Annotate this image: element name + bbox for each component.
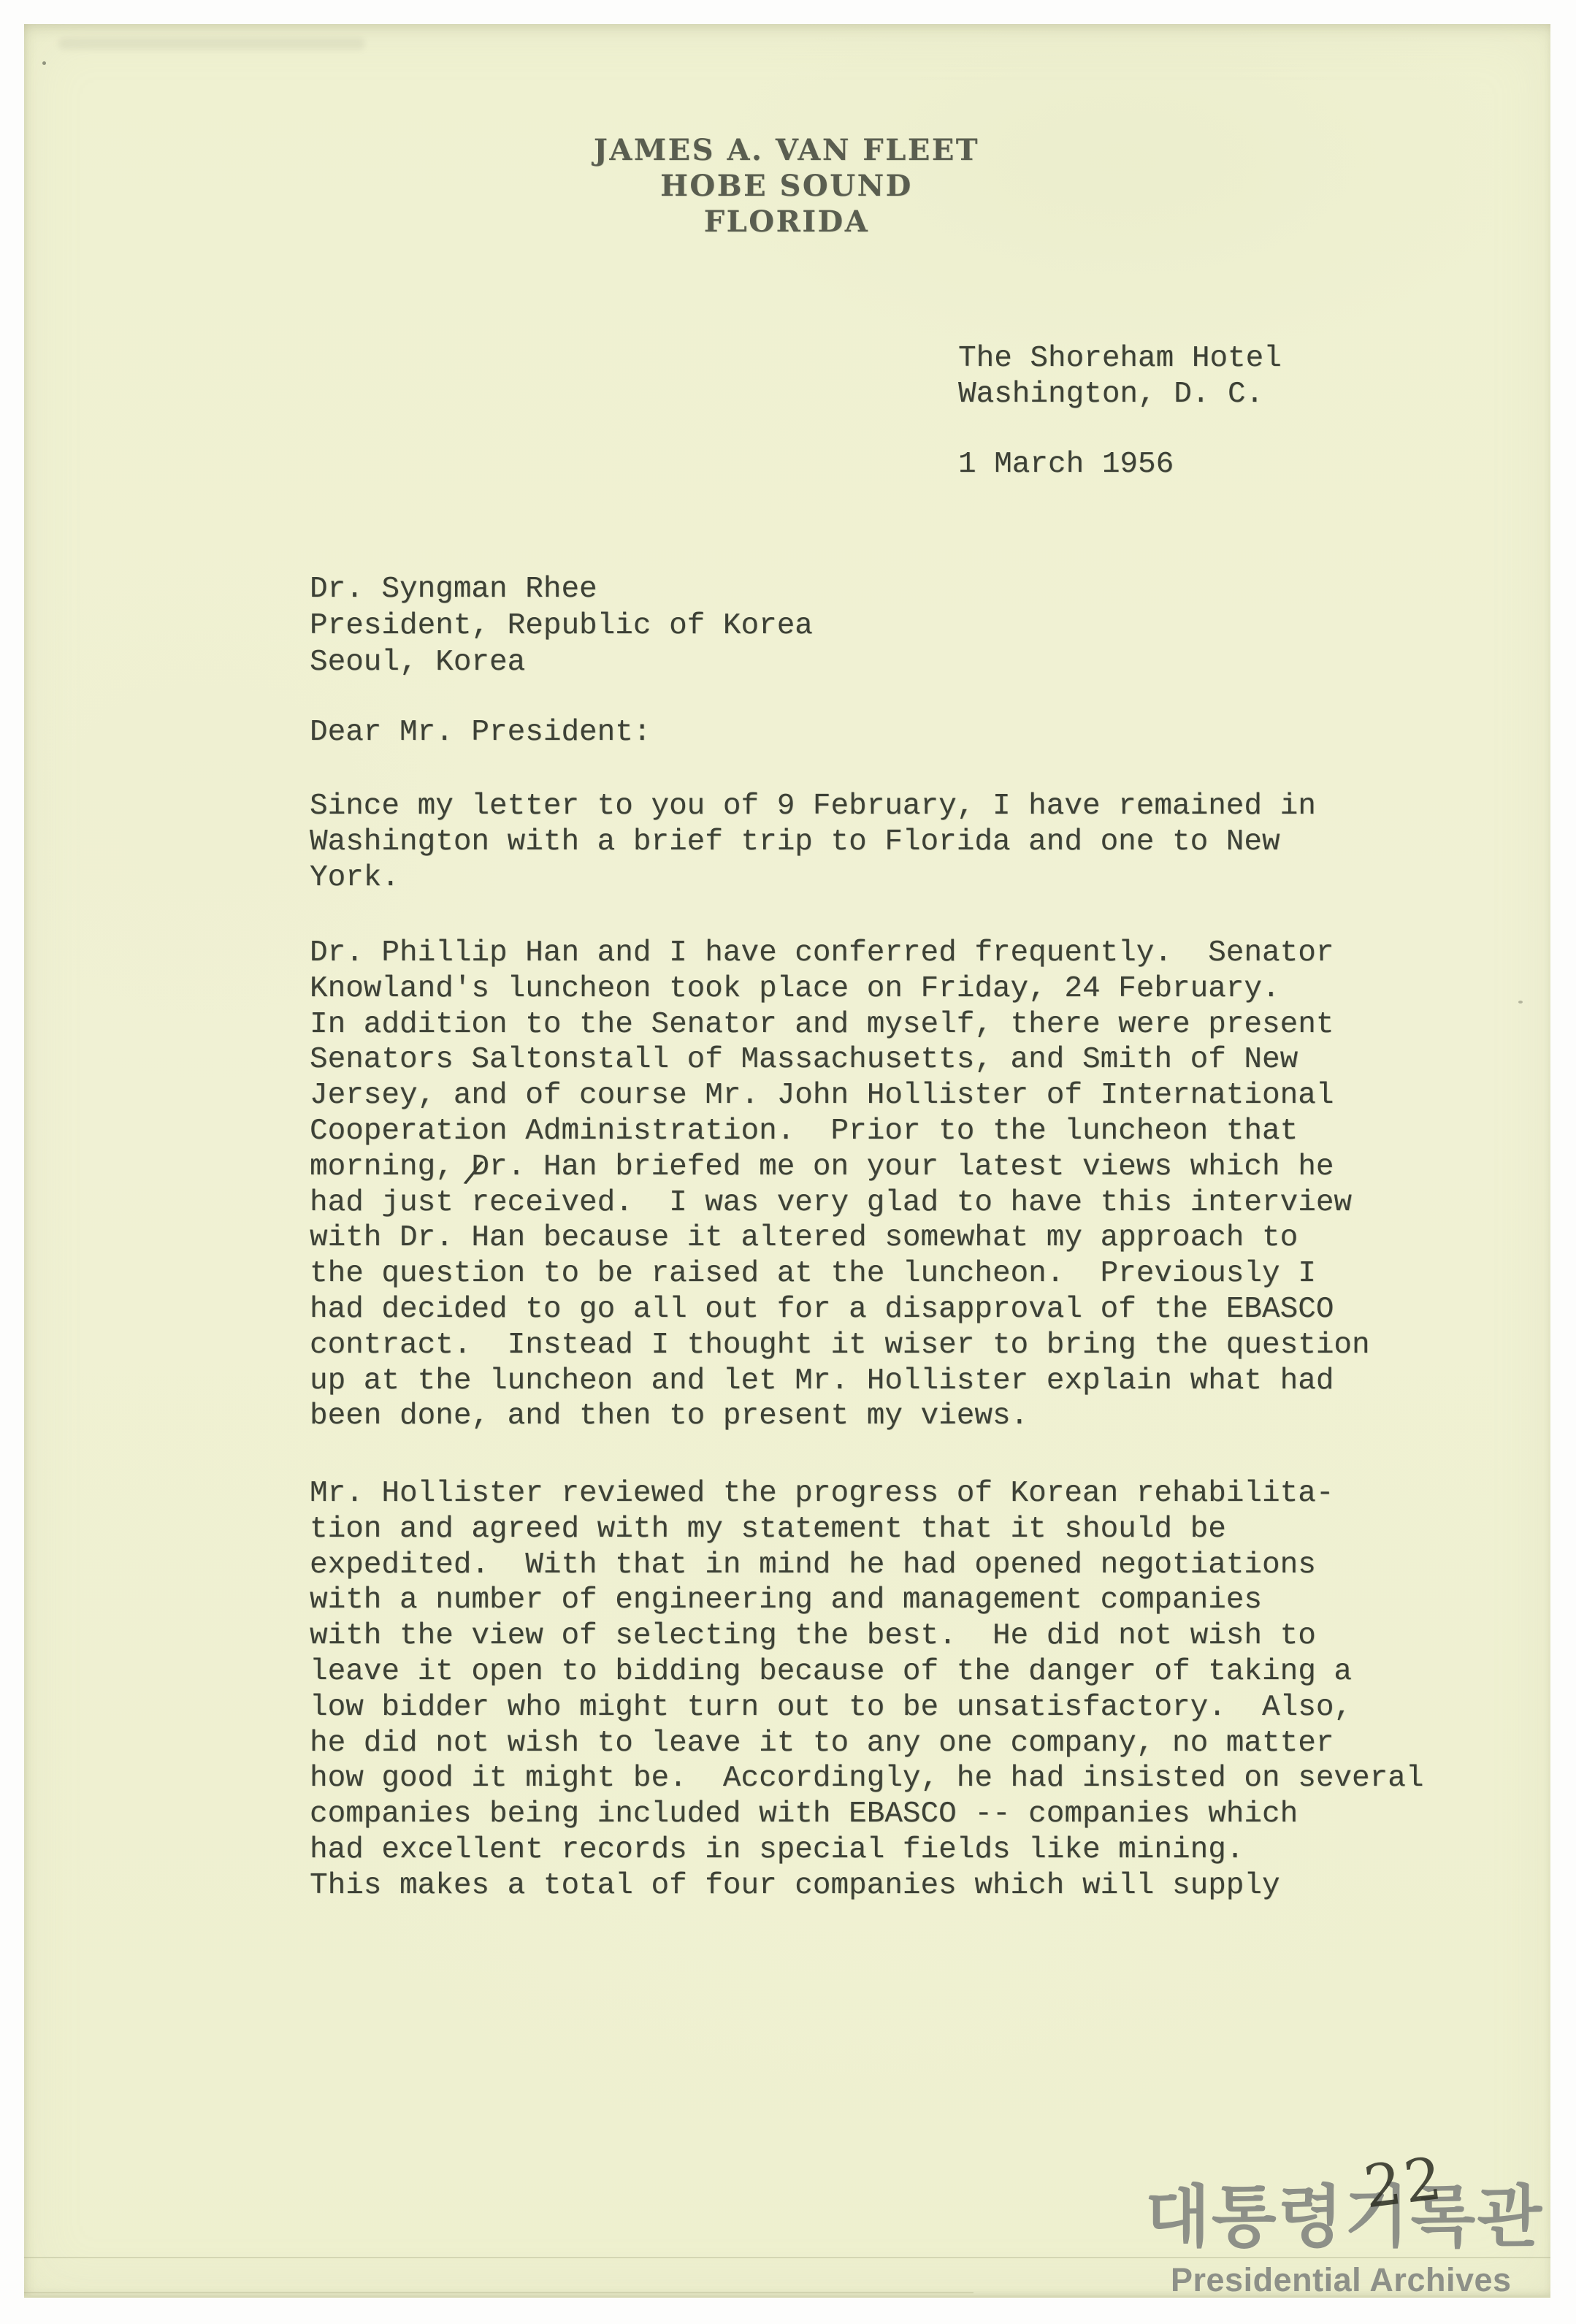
recipient-city: Seoul, Korea <box>310 644 813 681</box>
letterhead-city: HOBE SOUND <box>482 168 1091 204</box>
body-paragraph-3: Mr. Hollister reviewed the progress of K… <box>310 1476 1423 1904</box>
sender-city: Washington, D. C. <box>958 377 1282 413</box>
scan-speck <box>42 61 46 65</box>
sender-hotel: The Shoreham Hotel <box>958 341 1282 377</box>
recipient-title: President, Republic of Korea <box>310 608 813 644</box>
scan-smudge <box>58 38 365 50</box>
watermark-english-text: Presidential Archives <box>1171 2261 1512 2299</box>
letterhead-name: JAMES A. VAN FLEET <box>482 132 1091 168</box>
salutation: Dear Mr. President: <box>310 715 651 751</box>
handwritten-page-number: 22 <box>1361 2144 1448 2222</box>
recipient-name: Dr. Syngman Rhee <box>310 571 813 608</box>
scan-speck <box>1518 1001 1523 1004</box>
watermark-korean-text: 대통령기록관 <box>1145 2163 1576 2260</box>
sender-address-block: The Shoreham HotelWashington, D. C. <box>958 341 1282 413</box>
letter-scan: JAMES A. VAN FLEET HOBE SOUND FLORIDA Th… <box>0 0 1576 2324</box>
recipient-block: Dr. Syngman RheePresident, Republic of K… <box>310 571 813 681</box>
paper-crease-line <box>24 2292 973 2293</box>
letterhead-state: FLORIDA <box>482 204 1091 240</box>
letter-date: 1 March 1956 <box>958 447 1174 483</box>
letterhead-block: JAMES A. VAN FLEET HOBE SOUND FLORIDA <box>482 132 1091 240</box>
body-paragraph-1: Since my letter to you of 9 February, I … <box>310 789 1316 895</box>
